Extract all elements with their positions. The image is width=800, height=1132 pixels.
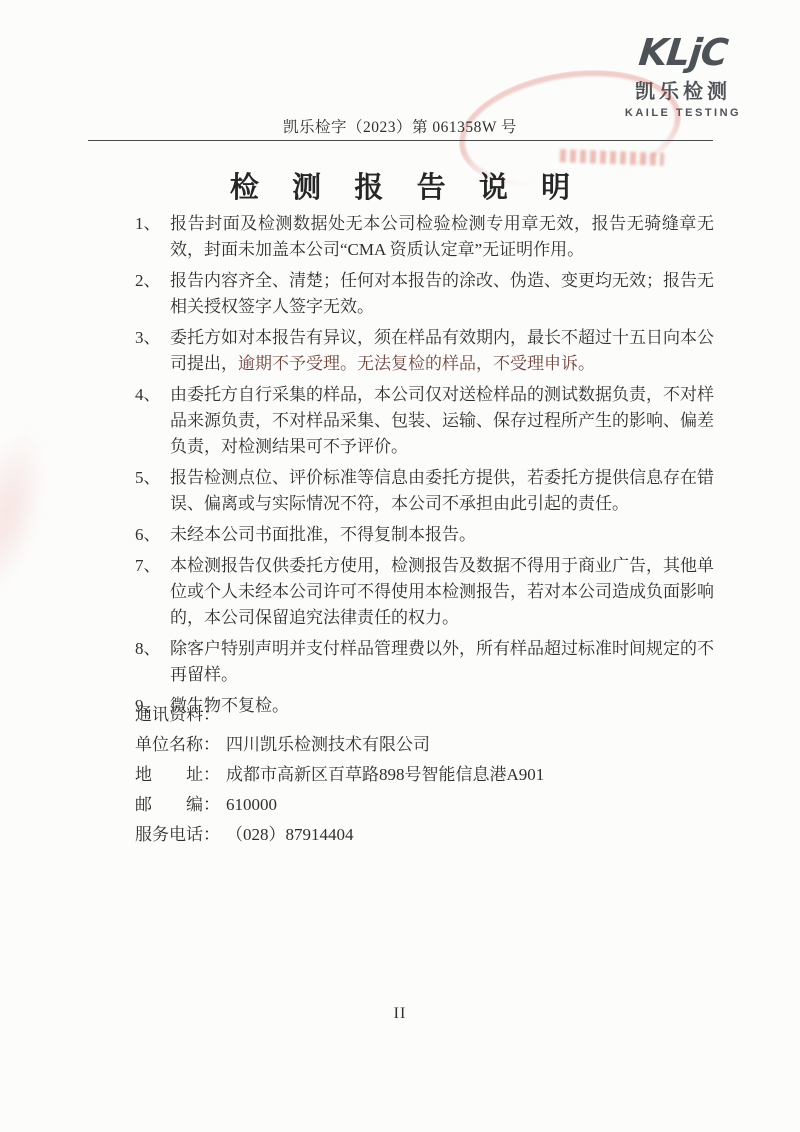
notes-list: 1、报告封面及检测数据处无本公司检验检测专用章无效，报告无骑缝章无效，封面未加盖… [135, 211, 714, 724]
note-item-3: 3、委托方如对本报告有异议，须在样品有效期内，最长不超过十五日向本公司提出，逾期… [135, 325, 714, 377]
contact-row-postcode: 邮 编： 610000 [135, 792, 695, 818]
note-item-7: 7、本检测报告仅供委托方使用，检测报告及数据不得用于商业广告，其他单位或个人未经… [135, 553, 714, 631]
note-item-6: 6、未经本公司书面批准，不得复制本报告。 [135, 522, 714, 548]
report-notes-page: KLjC 凯乐检测 KAILE TESTING 凯乐检字（2023）第 0613… [0, 0, 800, 1132]
note-item-1: 1、报告封面及检测数据处无本公司检验检测专用章无效，报告无骑缝章无效，封面未加盖… [135, 211, 714, 263]
report-number: 凯乐检字（2023）第 061358W 号 [0, 115, 800, 137]
contact-row-address: 地 址： 成都市高新区百草路898号智能信息港A901 [135, 762, 695, 788]
note-text: 除客户特别声明并支付样品管理费以外，所有样品超过标准时间规定的不再留样。 [170, 639, 714, 684]
contact-row-phone: 服务电话： （028）87914404 [135, 822, 695, 848]
contact-label: 服务电话： [135, 822, 220, 848]
note-number: 1、 [135, 211, 161, 237]
page-number: II [0, 1005, 800, 1023]
contact-heading: 通讯资料： [135, 702, 695, 728]
note-number: 6、 [135, 522, 161, 548]
contact-label: 地 址： [135, 762, 220, 788]
note-item-8: 8、除客户特别声明并支付样品管理费以外，所有样品超过标准时间规定的不再留样。 [135, 636, 714, 688]
note-item-5: 5、报告检测点位、评价标准等信息由委托方提供，若委托方提供信息存在错误、偏离或与… [135, 465, 714, 517]
note-number: 4、 [135, 382, 161, 408]
note-number: 7、 [135, 553, 161, 579]
contact-info: 通讯资料： 单位名称： 四川凯乐检测技术有限公司 地 址： 成都市高新区百草路8… [135, 702, 695, 848]
page-title: 检 测 报 告 说 明 [0, 165, 800, 206]
note-number: 2、 [135, 268, 161, 294]
contact-label: 单位名称： [135, 732, 220, 758]
contact-value: 成都市高新区百草路898号智能信息港A901 [226, 762, 695, 788]
note-text-red-highlight: 逾期不予受理。无法复检的样品，不受理申诉。 [238, 354, 595, 373]
contact-label: 邮 编： [135, 792, 220, 818]
note-text: 报告内容齐全、清楚；任何对本报告的涂改、伪造、变更均无效；报告无相关授权签字人签… [170, 271, 714, 316]
note-text: 本检测报告仅供委托方使用，检测报告及数据不得用于商业广告，其他单位或个人未经本公… [170, 556, 714, 627]
note-number: 8、 [135, 636, 161, 662]
note-text: 由委托方自行采集的样品，本公司仅对送检样品的测试数据负责，不对样品来源负责，不对… [170, 385, 714, 456]
left-edge-red-smudge [0, 422, 61, 604]
note-item-2: 2、报告内容齐全、清楚；任何对本报告的涂改、伪造、变更均无效；报告无相关授权签字… [135, 268, 714, 320]
logo-wordmark: KLjC [616, 34, 750, 72]
note-text: 报告封面及检测数据处无本公司检验检测专用章无效，报告无骑缝章无效，封面未加盖本公… [170, 214, 714, 259]
contact-value: （028）87914404 [226, 822, 695, 848]
contact-value: 610000 [226, 792, 695, 818]
note-item-4: 4、由委托方自行采集的样品，本公司仅对送检样品的测试数据负责，不对样品来源负责，… [135, 382, 714, 460]
note-text: 未经本公司书面批准，不得复制本报告。 [170, 525, 476, 544]
contact-value: 四川凯乐检测技术有限公司 [226, 732, 695, 758]
note-number: 5、 [135, 465, 161, 491]
note-number: 3、 [135, 325, 161, 351]
header-divider [88, 140, 713, 141]
contact-row-company: 单位名称： 四川凯乐检测技术有限公司 [135, 732, 695, 758]
note-text: 报告检测点位、评价标准等信息由委托方提供，若委托方提供信息存在错误、偏离或与实际… [170, 468, 714, 513]
